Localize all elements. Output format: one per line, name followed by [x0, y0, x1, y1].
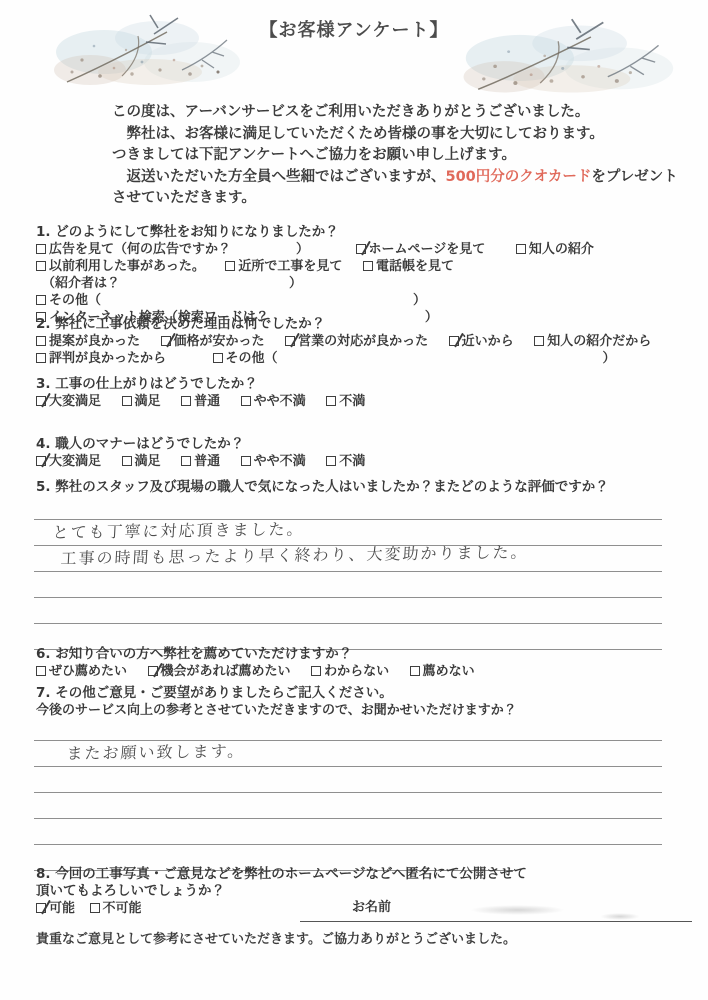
question-4: 4. 職人のマナーはどうでしたか？ 大変満足 満足 普通 やや不満 不満: [36, 436, 691, 470]
q5-answer-line-1[interactable]: [34, 494, 662, 520]
option-label: 近いから: [462, 334, 514, 349]
checkbox-q1-advertisement[interactable]: [36, 244, 46, 254]
question-4-title: 4. 職人のマナーはどうでしたか？: [36, 436, 691, 453]
option-q2-good-reputation[interactable]: 評判が良かったから: [36, 350, 166, 367]
intro-line-4: 返送いただいた方全員へ些細ではございますが、500円分のクオカードをプレゼント: [112, 167, 682, 189]
option-q8-allowed[interactable]: 可能: [36, 900, 75, 917]
checkbox-q3-normal[interactable]: [181, 396, 191, 406]
checkbox-q6-recommend-if-chance[interactable]: [148, 666, 158, 676]
q7-answer-line-5[interactable]: [34, 819, 662, 845]
option-q1-acquaintance-referral[interactable]: 知人の紹介: [516, 241, 594, 258]
question-2-row-1: 提案が良かった 価格が安かった 営業の対応が良かった 近いから 知人の紹介だから: [36, 333, 691, 350]
option-label: 普通: [194, 454, 220, 469]
question-1: 1. どのようにして弊社をお知りになりましたか？ 広告を見て（何の広告ですか？ …: [36, 224, 691, 326]
option-q4-somewhat-dissatisfied[interactable]: やや不満: [241, 453, 306, 470]
option-label: その他（ ）: [226, 351, 616, 366]
option-q4-dissatisfied[interactable]: 不満: [326, 453, 365, 470]
question-8-title-line-1: 8. 今回の工事写真・ご意見などを弊社のホームページなどへ匿名にて公開させて: [36, 866, 691, 883]
option-q3-dissatisfied[interactable]: 不満: [326, 393, 365, 410]
option-label: 価格が安かった: [174, 334, 265, 349]
page-title: 【お客様アンケート】: [0, 16, 708, 42]
name-input-line[interactable]: [300, 921, 692, 922]
checkbox-q6-definitely-recommend[interactable]: [36, 666, 46, 676]
q7-answer-line-4[interactable]: [34, 793, 662, 819]
option-q1-saw-construction-nearby[interactable]: 近所で工事を見て: [225, 258, 342, 275]
option-label: 大変満足: [49, 394, 101, 409]
option-q2-good-sales-response[interactable]: 営業の対応が良かった: [285, 333, 428, 350]
intro-line-2: 弊社は、お客様に満足していただくため皆様の事を大切にしております。: [112, 124, 682, 146]
question-6: 6. お知り合いの方へ弊社を薦めていただけますか？ ぜひ薦めたい 機会があれば薦…: [36, 646, 691, 680]
option-q2-friend-referral[interactable]: 知人の紹介だから: [534, 333, 651, 350]
option-q8-not-allowed[interactable]: 不可能: [90, 900, 142, 917]
checkbox-q8-allowed[interactable]: [36, 903, 46, 913]
option-label: やや不満: [254, 394, 306, 409]
option-label: わからない: [324, 664, 389, 679]
referrer-note: （紹介者は？ ）: [42, 275, 302, 292]
survey-page: 【お客様アンケート】 この度は、アーバンサービスをご利用いただきありがとうござい…: [0, 0, 708, 1000]
question-1-row-2: 以前利用した事があった。 近所で工事を見て 電話帳を見て （紹介者は？ ）: [36, 258, 691, 292]
checkbox-q1-homepage[interactable]: [356, 244, 366, 254]
question-4-row: 大変満足 満足 普通 やや不満 不満: [36, 453, 691, 470]
q7-answer-line-1[interactable]: [34, 715, 662, 741]
checkbox-q2-low-price[interactable]: [161, 336, 171, 346]
intro-line-1: この度は、アーバンサービスをご利用いただきありがとうございました。: [112, 102, 682, 124]
question-1-title: 1. どのようにして弊社をお知りになりましたか？: [36, 224, 691, 241]
option-label: その他（ ）: [49, 293, 426, 308]
option-label: 満足: [135, 454, 161, 469]
question-7: 7. その他ご意見・ご要望がありましたらご記入ください。 今後のサービス向上の参…: [36, 685, 691, 719]
option-label: 知人の紹介だから: [547, 334, 651, 349]
option-q6-not-sure[interactable]: わからない: [311, 663, 389, 680]
option-q3-somewhat-dissatisfied[interactable]: やや不満: [241, 393, 306, 410]
option-label: 不可能: [103, 901, 142, 916]
checkbox-q6-not-sure[interactable]: [311, 666, 321, 676]
option-q2-low-price[interactable]: 価格が安かった: [161, 333, 265, 350]
option-label: 普通: [194, 394, 220, 409]
option-label: 満足: [135, 394, 161, 409]
checkbox-q8-not-allowed[interactable]: [90, 903, 100, 913]
q5-answer-line-5[interactable]: [34, 598, 662, 624]
option-label: 電話帳を見て: [376, 259, 454, 274]
option-q3-very-satisfied[interactable]: 大変満足: [36, 393, 101, 410]
option-label: 広告を見て（何の広告ですか？ ）: [49, 242, 309, 257]
option-q2-good-proposal[interactable]: 提案が良かった: [36, 333, 140, 350]
name-field-label: お名前: [352, 896, 391, 915]
checkbox-q2-other[interactable]: [213, 353, 223, 363]
intro-line-4-pre: 返送いただいた方全員へ些細ではございますが、: [112, 169, 446, 185]
quo-card-highlight: 500円分のクオカード: [446, 169, 592, 185]
intro-line-3: つきましては下記アンケートへご協力をお願い申し上げます。: [112, 145, 682, 167]
option-label: ぜひ薦めたい: [49, 664, 127, 679]
checkbox-q3-dissatisfied[interactable]: [326, 396, 336, 406]
checkbox-q3-somewhat-dissatisfied[interactable]: [241, 396, 251, 406]
question-3-title: 3. 工事の仕上がりはどうでしたか？: [36, 376, 691, 393]
question-6-title: 6. お知り合いの方へ弊社を薦めていただけますか？: [36, 646, 691, 663]
option-q1-advertisement[interactable]: 広告を見て（何の広告ですか？ ）: [36, 241, 309, 258]
checkbox-q2-good-sales-response[interactable]: [285, 336, 295, 346]
question-3: 3. 工事の仕上がりはどうでしたか？ 大変満足 満足 普通 やや不満 不満: [36, 376, 691, 410]
q5-answer-area[interactable]: とても丁寧に対応頂きました。 工事の時間も思ったより早く終わり、大変助かりました…: [34, 494, 662, 650]
option-label: 不満: [339, 454, 365, 469]
checkbox-q4-normal[interactable]: [181, 456, 191, 466]
intro-line-5: させていただきます。: [112, 188, 682, 210]
checkbox-q4-dissatisfied[interactable]: [326, 456, 336, 466]
checkbox-q6-not-recommend[interactable]: [410, 666, 420, 676]
option-q1-used-before[interactable]: 以前利用した事があった。: [36, 258, 205, 275]
option-q4-normal[interactable]: 普通: [181, 453, 220, 470]
question-1-row-1: 広告を見て（何の広告ですか？ ） ホームページを見て 知人の紹介: [36, 241, 691, 258]
option-q2-other[interactable]: その他（ ）: [213, 350, 616, 367]
erased-name-smudge-2: [600, 913, 640, 920]
option-label: ホームページを見て: [369, 242, 486, 257]
q5-answer-line-3[interactable]: 工事の時間も思ったより早く終わり、大変助かりました。: [34, 546, 662, 572]
checkbox-q1-acquaintance-referral[interactable]: [516, 244, 526, 254]
option-label: 以前利用した事があった。: [49, 259, 205, 274]
question-3-row: 大変満足 満足 普通 やや不満 不満: [36, 393, 691, 410]
option-q6-not-recommend[interactable]: 薦めない: [410, 663, 475, 680]
option-q3-normal[interactable]: 普通: [181, 393, 220, 410]
erased-name-smudge: [470, 905, 565, 915]
option-q1-homepage[interactable]: ホームページを見て: [356, 241, 486, 258]
option-label: 大変満足: [49, 454, 101, 469]
intro-line-4-post: をプレゼント: [591, 169, 677, 185]
q7-answer-line-3[interactable]: [34, 767, 662, 793]
checkbox-q2-good-proposal[interactable]: [36, 336, 46, 346]
checkbox-q1-used-before[interactable]: [36, 261, 46, 271]
checkbox-q4-very-satisfied[interactable]: [36, 456, 46, 466]
q5-handwritten-answer-1: とても丁寧に対応頂きました。: [52, 516, 305, 543]
option-label: 不満: [339, 394, 365, 409]
option-q4-very-satisfied[interactable]: 大変満足: [36, 453, 101, 470]
question-1-row-3: その他（ ）: [36, 292, 691, 309]
option-q2-proximity[interactable]: 近いから: [449, 333, 514, 350]
q7-answer-area[interactable]: またお願い致します。: [34, 715, 662, 871]
checkbox-q3-satisfied[interactable]: [122, 396, 132, 406]
option-q1-phonebook[interactable]: 電話帳を見て: [363, 258, 454, 275]
option-label: 提案が良かった: [49, 334, 140, 349]
option-label: 薦めない: [423, 664, 475, 679]
option-label: 可能: [49, 901, 75, 916]
option-q4-satisfied[interactable]: 満足: [122, 453, 161, 470]
q7-answer-line-2[interactable]: またお願い致します。: [34, 741, 662, 767]
option-label: 機会があれば薦めたい: [161, 664, 291, 679]
option-q1-other[interactable]: その他（ ）: [36, 292, 426, 309]
option-q3-satisfied[interactable]: 満足: [122, 393, 161, 410]
checkbox-q1-saw-construction-nearby[interactable]: [225, 261, 235, 271]
intro-paragraph: この度は、アーバンサービスをご利用いただきありがとうございました。 弊社は、お客…: [112, 102, 682, 210]
closing-message: 貴重なご意見として参考にさせていただきます。ご協力ありがとうございました。: [36, 928, 516, 947]
option-label: 知人の紹介: [529, 242, 594, 257]
question-2: 2. 弊社に工事依頼を決めた理由は何でしたか？ 提案が良かった 価格が安かった …: [36, 316, 691, 367]
checkbox-q1-phonebook[interactable]: [363, 261, 373, 271]
checkbox-q3-very-satisfied[interactable]: [36, 396, 46, 406]
question-7-title: 7. その他ご意見・ご要望がありましたらご記入ください。: [36, 685, 691, 702]
option-q6-recommend-if-chance[interactable]: 機会があれば薦めたい: [148, 663, 291, 680]
question-2-row-2: 評判が良かったから その他（ ）: [36, 350, 691, 367]
q7-handwritten-answer: またお願い致します。: [66, 738, 246, 764]
option-q6-definitely-recommend[interactable]: ぜひ薦めたい: [36, 663, 127, 680]
checkbox-q4-somewhat-dissatisfied[interactable]: [241, 456, 251, 466]
q5-answer-line-4[interactable]: [34, 572, 662, 598]
checkbox-q2-good-reputation[interactable]: [36, 353, 46, 363]
checkbox-q2-friend-referral[interactable]: [534, 336, 544, 346]
question-2-title: 2. 弊社に工事依頼を決めた理由は何でしたか？: [36, 316, 691, 333]
option-label: 近所で工事を見て: [238, 259, 342, 274]
option-label: 評判が良かったから: [49, 351, 166, 366]
checkbox-q4-satisfied[interactable]: [122, 456, 132, 466]
option-label: やや不満: [254, 454, 306, 469]
question-6-row: ぜひ薦めたい 機会があれば薦めたい わからない 薦めない: [36, 663, 691, 680]
checkbox-q1-other[interactable]: [36, 295, 46, 305]
checkbox-q2-proximity[interactable]: [449, 336, 459, 346]
option-label: 営業の対応が良かった: [298, 334, 428, 349]
